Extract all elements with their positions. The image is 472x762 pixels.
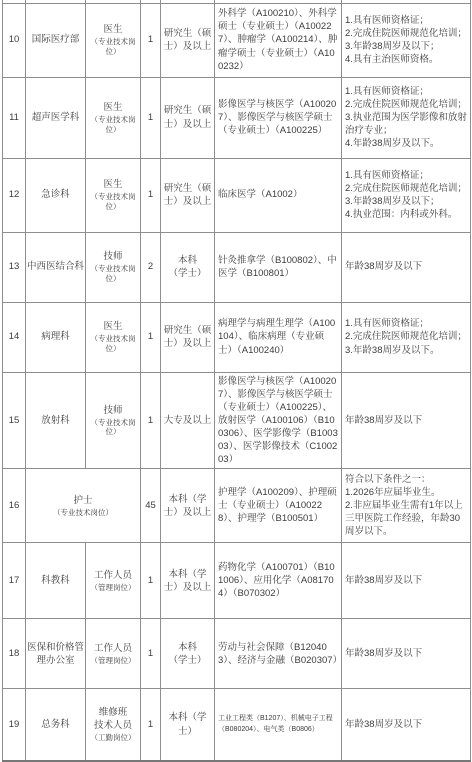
conditions-cell: 符合以下条件之一： 1.2026年应届毕业生。 2.非应届毕业生需有1年以上三甲…	[342, 469, 471, 543]
education-cell: 研究生（硕士）及以上	[161, 158, 215, 232]
headcount-cell: 1	[141, 372, 161, 469]
position-cell: 医生（专业技术岗位）	[86, 77, 141, 158]
position-category-label: （专业技术岗位）	[87, 37, 139, 57]
row-number-cell: 13	[3, 232, 26, 302]
row-number-cell: 14	[3, 302, 26, 372]
table-row: 16护士（专业技术岗位）45本科（学士）及以上护理学（A100209）、护理硕士…	[3, 469, 471, 543]
table-row: 11超声医学科医生（专业技术岗位）1研究生（硕士）及以上影像医学与核医学（A10…	[3, 77, 471, 158]
majors-cell: 影像医学与核医学（A100207）、影像医学与核医学硕士（专业硕士）（A1002…	[215, 77, 342, 158]
position-category-label: （工勤岗位）	[87, 733, 139, 743]
education-cell: 本科（学士）	[161, 689, 215, 761]
position-title: 维修班 技术人员	[87, 706, 139, 732]
table-row: 19总务科维修班 技术人员（工勤岗位）1本科（学士）工业工程类（B1207）、机…	[3, 689, 471, 761]
position-cell: 医生（专业技术岗位）	[86, 158, 141, 232]
department-cell: 放射科	[26, 372, 86, 469]
majors-cell: 工业工程类（B1207）、机械电子工程（B080204）、电气类（B0806）	[215, 689, 342, 761]
table-row: 12急诊科医生（专业技术岗位）1研究生（硕士）及以上临床医学（A1002）1.具…	[3, 158, 471, 232]
education-cell: 研究生（硕士）及以上	[161, 77, 215, 158]
position-cell: 医生（专业技术岗位）	[86, 302, 141, 372]
department-cell: 总务科	[26, 689, 86, 761]
headcount-cell: 1	[141, 302, 161, 372]
conditions-cell: 1.具有医师资格证； 2.完成住院医师规范化培训； 3.年龄38周岁及以下； 4…	[342, 158, 471, 232]
majors-cell: 护理学（A100209）、护理硕士（专业硕士）（A100228）、护理学（B10…	[215, 469, 342, 543]
position-title: 医生	[87, 23, 139, 36]
recruitment-positions-table: 10国际医疗部医生（专业技术岗位）1研究生（硕士）及以上外科学（A100210）…	[2, 0, 471, 762]
department-cell: 病理科	[26, 302, 86, 372]
table-body: 10国际医疗部医生（专业技术岗位）1研究生（硕士）及以上外科学（A100210）…	[3, 3, 471, 761]
majors-cell: 针灸推拿学（B100802）、中医学（B100801）	[215, 232, 342, 302]
row-number-cell: 12	[3, 158, 26, 232]
headcount-cell: 1	[141, 158, 161, 232]
education-cell: 本科 （学士）	[161, 232, 215, 302]
majors-cell: 影像医学与核医学（A100207）、影像医学与核医学硕士（专业硕士）（A1002…	[215, 372, 342, 469]
position-category-label: （专业技术岗位）	[87, 115, 139, 135]
position-title: 技师	[87, 250, 139, 263]
conditions-cell: 年龄38周岁及以下	[342, 689, 471, 761]
position-title: 医生	[87, 178, 139, 191]
conditions-cell: 1.具有医师资格证； 2.完成住院医师规范化培训； 3.年龄38周岁及以下。	[342, 302, 471, 372]
department-cell: 国际医疗部	[26, 3, 86, 77]
headcount-cell: 1	[141, 543, 161, 619]
majors-cell: 病理学与病理生理学（A100104）、临床病理（专业硕士）（A100240）	[215, 302, 342, 372]
row-number-cell: 18	[3, 619, 26, 689]
education-cell: 本科（学士）及以上	[161, 543, 215, 619]
position-cell: 技师（专业技术岗位）	[86, 232, 141, 302]
education-cell: 研究生（硕士）及以上	[161, 3, 215, 77]
department-cell: 医保和价格管理办公室	[26, 619, 86, 689]
position-category-label: （专业技术岗位）	[87, 192, 139, 212]
table-row: 14病理科医生（专业技术岗位）1研究生（硕士）及以上病理学与病理生理学（A100…	[3, 302, 471, 372]
position-title: 医生	[87, 320, 139, 333]
department-cell: 科教科	[26, 543, 86, 619]
department-position-merged-cell: 护士（专业技术岗位）	[26, 469, 141, 543]
headcount-cell: 1	[141, 689, 161, 761]
headcount-cell: 1	[141, 619, 161, 689]
education-cell: 大专及以上	[161, 372, 215, 469]
position-category-label: （专业技术岗位）	[87, 418, 139, 438]
position-title: 工作人员	[87, 642, 139, 655]
conditions-cell: 年龄38周岁及以下	[342, 543, 471, 619]
row-number-cell: 17	[3, 543, 26, 619]
position-title: 护士	[27, 494, 139, 507]
table-row: 18医保和价格管理办公室工作人员（管理岗位）1本科 （学士）劳动与社会保障（B1…	[3, 619, 471, 689]
majors-cell: 外科学（A100210）、外科学硕士（专业硕士）（A100227）、肿瘤学（A1…	[215, 3, 342, 77]
position-category-label: （专业技术岗位）	[87, 334, 139, 354]
position-cell: 工作人员（管理岗位）	[86, 619, 141, 689]
row-number-cell: 16	[3, 469, 26, 543]
majors-cell: 临床医学（A1002）	[215, 158, 342, 232]
row-number-cell: 15	[3, 372, 26, 469]
position-category-label: （专业技术岗位）	[87, 264, 139, 284]
position-category-label: （专业技术岗位）	[27, 508, 139, 518]
headcount-cell: 45	[141, 469, 161, 543]
table-row: 15放射科技师（专业技术岗位）1大专及以上影像医学与核医学（A100207）、影…	[3, 372, 471, 469]
department-cell: 中西医结合科	[26, 232, 86, 302]
conditions-cell: 年龄38周岁及以下	[342, 372, 471, 469]
headcount-cell: 1	[141, 77, 161, 158]
position-cell: 技师（专业技术岗位）	[86, 372, 141, 469]
headcount-cell: 1	[141, 3, 161, 77]
table-row: 10国际医疗部医生（专业技术岗位）1研究生（硕士）及以上外科学（A100210）…	[3, 3, 471, 77]
table-row: 13中西医结合科技师（专业技术岗位）2本科 （学士）针灸推拿学（B100802）…	[3, 232, 471, 302]
department-cell: 超声医学科	[26, 77, 86, 158]
education-cell: 研究生（硕士）及以上	[161, 302, 215, 372]
position-title: 工作人员	[87, 569, 139, 582]
headcount-cell: 2	[141, 232, 161, 302]
department-cell: 急诊科	[26, 158, 86, 232]
conditions-cell: 1.具有医师资格证； 2.完成住院医师规范化培训； 3.执业范围为医学影像和放射…	[342, 77, 471, 158]
conditions-cell: 1.具有医师资格证； 2.完成住院医师规范化培训； 3.年龄38周岁及以下； 4…	[342, 3, 471, 77]
position-category-label: （管理岗位）	[87, 583, 139, 593]
conditions-cell: 年龄38周岁及以下	[342, 232, 471, 302]
position-category-label: （管理岗位）	[87, 656, 139, 666]
majors-cell: 劳动与社会保障（B120403）、经济与金融（B020307）	[215, 619, 342, 689]
row-number-cell: 11	[3, 77, 26, 158]
position-title: 技师	[87, 404, 139, 417]
majors-cell: 药物化学（A100701）（B101006）、应用化学（A081704）（B07…	[215, 543, 342, 619]
table-row: 17科教科工作人员（管理岗位）1本科（学士）及以上药物化学（A100701）（B…	[3, 543, 471, 619]
education-cell: 本科 （学士）	[161, 619, 215, 689]
row-number-cell: 10	[3, 3, 26, 77]
position-cell: 工作人员（管理岗位）	[86, 543, 141, 619]
conditions-cell: 年龄38周岁及以下	[342, 619, 471, 689]
education-cell: 本科（学士）及以上	[161, 469, 215, 543]
position-title: 医生	[87, 101, 139, 114]
position-cell: 维修班 技术人员（工勤岗位）	[86, 689, 141, 761]
position-cell: 医生（专业技术岗位）	[86, 3, 141, 77]
row-number-cell: 19	[3, 689, 26, 761]
